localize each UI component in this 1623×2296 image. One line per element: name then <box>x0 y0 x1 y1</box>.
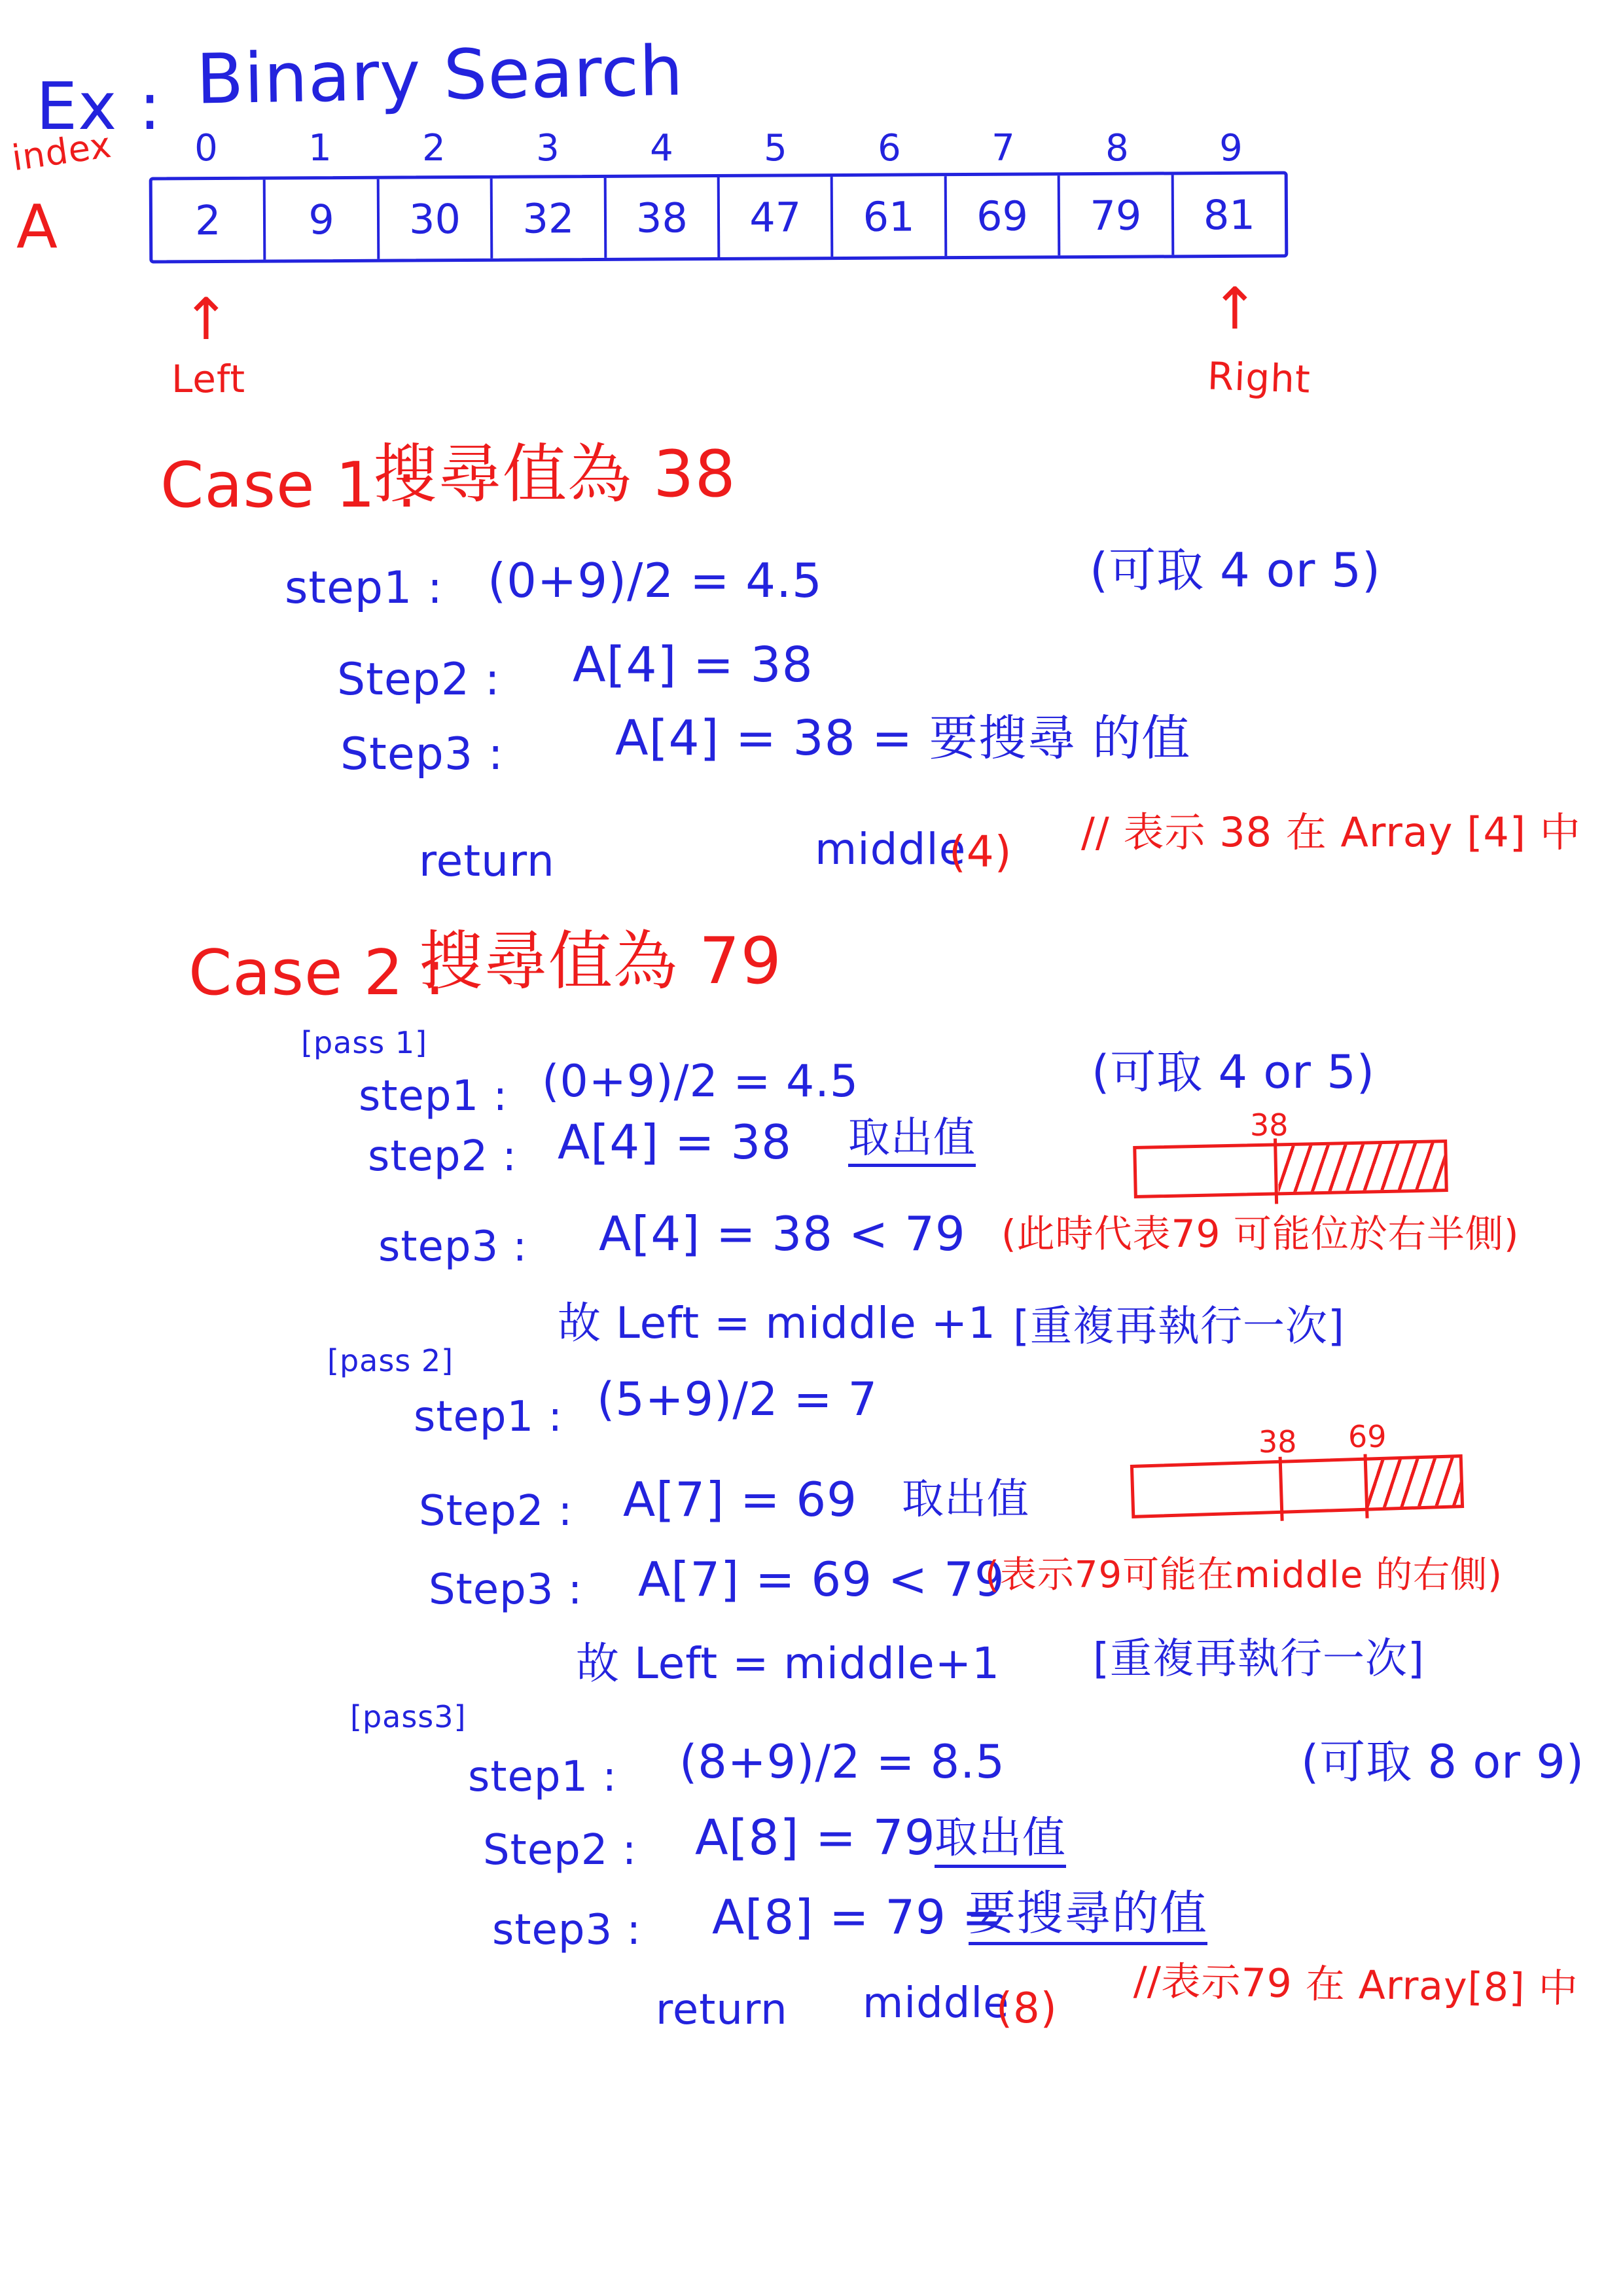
array-cell: 69 <box>947 175 1061 256</box>
case1-step1-label: step1 : <box>285 564 443 613</box>
pass2-sketch-mid-value: 38 <box>1258 1424 1297 1460</box>
case1-step2-label: Step2 : <box>337 656 501 705</box>
pass2-step3-expression: A[7] = 69 < 79 <box>638 1554 1005 1605</box>
array-cell: 47 <box>720 177 834 257</box>
case1-comment: // 表示 38 在 Array [4] 中 <box>1081 810 1581 855</box>
pass2-step1-label: step1 : <box>414 1394 563 1440</box>
index-column-label: index <box>10 126 115 178</box>
pass1-conclusion: 故 Left = middle +1 <box>558 1300 996 1348</box>
pass3-step1-label: step1 : <box>468 1754 617 1800</box>
array-index: 8 <box>1060 127 1174 170</box>
pass3-step3-label: step3 : <box>492 1907 641 1953</box>
array-index: 3 <box>491 127 605 170</box>
array-cell: 2 <box>152 180 266 260</box>
pass2-conclusion: 故 Left = middle+1 <box>576 1640 1000 1688</box>
pass2-step2-expression: A[7] = 69 <box>623 1474 857 1526</box>
array-index: 1 <box>263 127 377 170</box>
handwritten-note-page: Ex : Binary Search index A 0 1 2 3 4 5 6… <box>0 0 1623 2296</box>
pass2-label: [pass 2] <box>327 1344 454 1378</box>
left-pointer-label: Left <box>171 359 245 401</box>
pass2-step2-note: 取出值 <box>902 1477 1029 1522</box>
case2-search-target: 搜尋值為 79 <box>419 927 782 997</box>
pass3-comment: //表示79 在 Array[8] 中 <box>1133 1960 1578 2011</box>
array-index: 4 <box>605 127 719 170</box>
pass2-step3-note: (表示79可能在middle 的右側) <box>985 1555 1503 1596</box>
pass1-sketch-mid-value: 38 <box>1250 1107 1289 1143</box>
pass1-label: [pass 1] <box>301 1026 427 1060</box>
pass1-sketch-hatched-right-half <box>1277 1143 1444 1192</box>
pass2-sketch-box <box>1130 1454 1464 1518</box>
case1-step3-expression: A[4] = 38 = 要搜尋 的值 <box>615 712 1190 765</box>
right-pointer-arrow-icon: ↑ <box>1211 278 1260 341</box>
pass1-range-sketch: 38 <box>1133 1107 1451 1199</box>
case1-search-target: 搜尋值為 38 <box>373 440 736 511</box>
case1-step1-note: (可取 4 or 5) <box>1090 545 1381 596</box>
right-pointer-label: Right <box>1207 355 1311 401</box>
case2-heading: Case 2 : <box>188 939 446 1008</box>
case1-return-function: middle <box>815 826 966 874</box>
pass1-conclusion-note: [重複再執行一次] <box>1013 1304 1345 1350</box>
pass3-step3-expression: A[8] = 79 = <box>712 1892 1002 1943</box>
array-index: 0 <box>149 127 263 170</box>
pass2-sketch-hatched-right-part <box>1367 1458 1461 1507</box>
pass1-step1-expression: (0+9)/2 = 4.5 <box>542 1058 859 1107</box>
pass3-label: [pass3] <box>350 1700 466 1734</box>
case1-step1-expression: (0+9)/2 = 4.5 <box>488 555 823 607</box>
array-index: 9 <box>1174 127 1288 170</box>
pass2-step2-label: Step2 : <box>419 1488 573 1534</box>
array-cell: 81 <box>1173 174 1285 255</box>
pass1-step2-expression: A[4] = 38 <box>558 1117 792 1168</box>
pass3-step2-label: Step2 : <box>483 1827 637 1873</box>
pass3-return-argument: (8) <box>996 1986 1058 2032</box>
pass3-step1-expression: (8+9)/2 = 8.5 <box>679 1737 1005 1787</box>
pass2-conclusion-note: [重複再執行一次] <box>1093 1636 1425 1682</box>
pass1-step3-expression: A[4] = 38 < 79 <box>599 1208 966 1260</box>
array-index: 2 <box>377 127 491 170</box>
pass2-sketch-right-value: 69 <box>1348 1419 1387 1454</box>
case1-return-keyword: return <box>419 838 555 886</box>
array-index: 6 <box>832 127 946 170</box>
pass1-step3-note: (此時代表79 可能位於右半側) <box>1001 1213 1520 1255</box>
pass2-sketch-middle-divider <box>1279 1457 1284 1521</box>
pass1-step2-label: step2 : <box>368 1134 517 1179</box>
pass3-step1-note: (可取 8 or 9) <box>1301 1737 1584 1787</box>
array-cell: 38 <box>606 177 720 258</box>
pass3-return-keyword: return <box>656 1987 788 2033</box>
array-diagram: 2 9 30 32 38 47 61 69 79 81 <box>149 171 1289 263</box>
pass1-step2-note: 取出值 <box>848 1115 976 1167</box>
pass2-step3-label: Step3 : <box>429 1567 582 1613</box>
pass2-range-sketch: 38 69 <box>1131 1422 1468 1516</box>
array-cell: 32 <box>493 178 607 259</box>
array-index: 7 <box>946 127 1060 170</box>
array-cell: 79 <box>1060 175 1174 255</box>
pass1-sketch-box <box>1133 1139 1448 1198</box>
pass3-step3-target: 要搜尋的值 <box>969 1888 1207 1945</box>
pass3-step2-expression: A[8] = 79 <box>695 1812 936 1865</box>
array-row-label: A <box>16 194 58 260</box>
pass1-step1-note: (可取 4 or 5) <box>1092 1047 1375 1098</box>
pass2-step1-expression: (5+9)/2 = 7 <box>597 1374 878 1425</box>
case1-step3-label: Step3 : <box>340 730 504 780</box>
pass3-step2-note: 取出值 <box>935 1814 1066 1868</box>
pass3-return-function: middle <box>863 1981 1010 2026</box>
array-index-row: 0 1 2 3 4 5 6 7 8 9 <box>149 127 1288 170</box>
page-title: Binary Search <box>196 34 684 118</box>
array-cell: 30 <box>380 179 493 259</box>
array-cell: 61 <box>833 176 947 257</box>
pass1-step3-label: step3 : <box>378 1224 527 1270</box>
case1-return-argument: (4) <box>949 829 1012 876</box>
case1-step2-expression: A[4] = 38 <box>573 639 813 692</box>
pass1-step1-label: step1 : <box>359 1073 508 1119</box>
array-index: 5 <box>719 127 832 170</box>
array-cell: 9 <box>266 179 380 260</box>
left-pointer-arrow-icon: ↑ <box>182 288 231 351</box>
